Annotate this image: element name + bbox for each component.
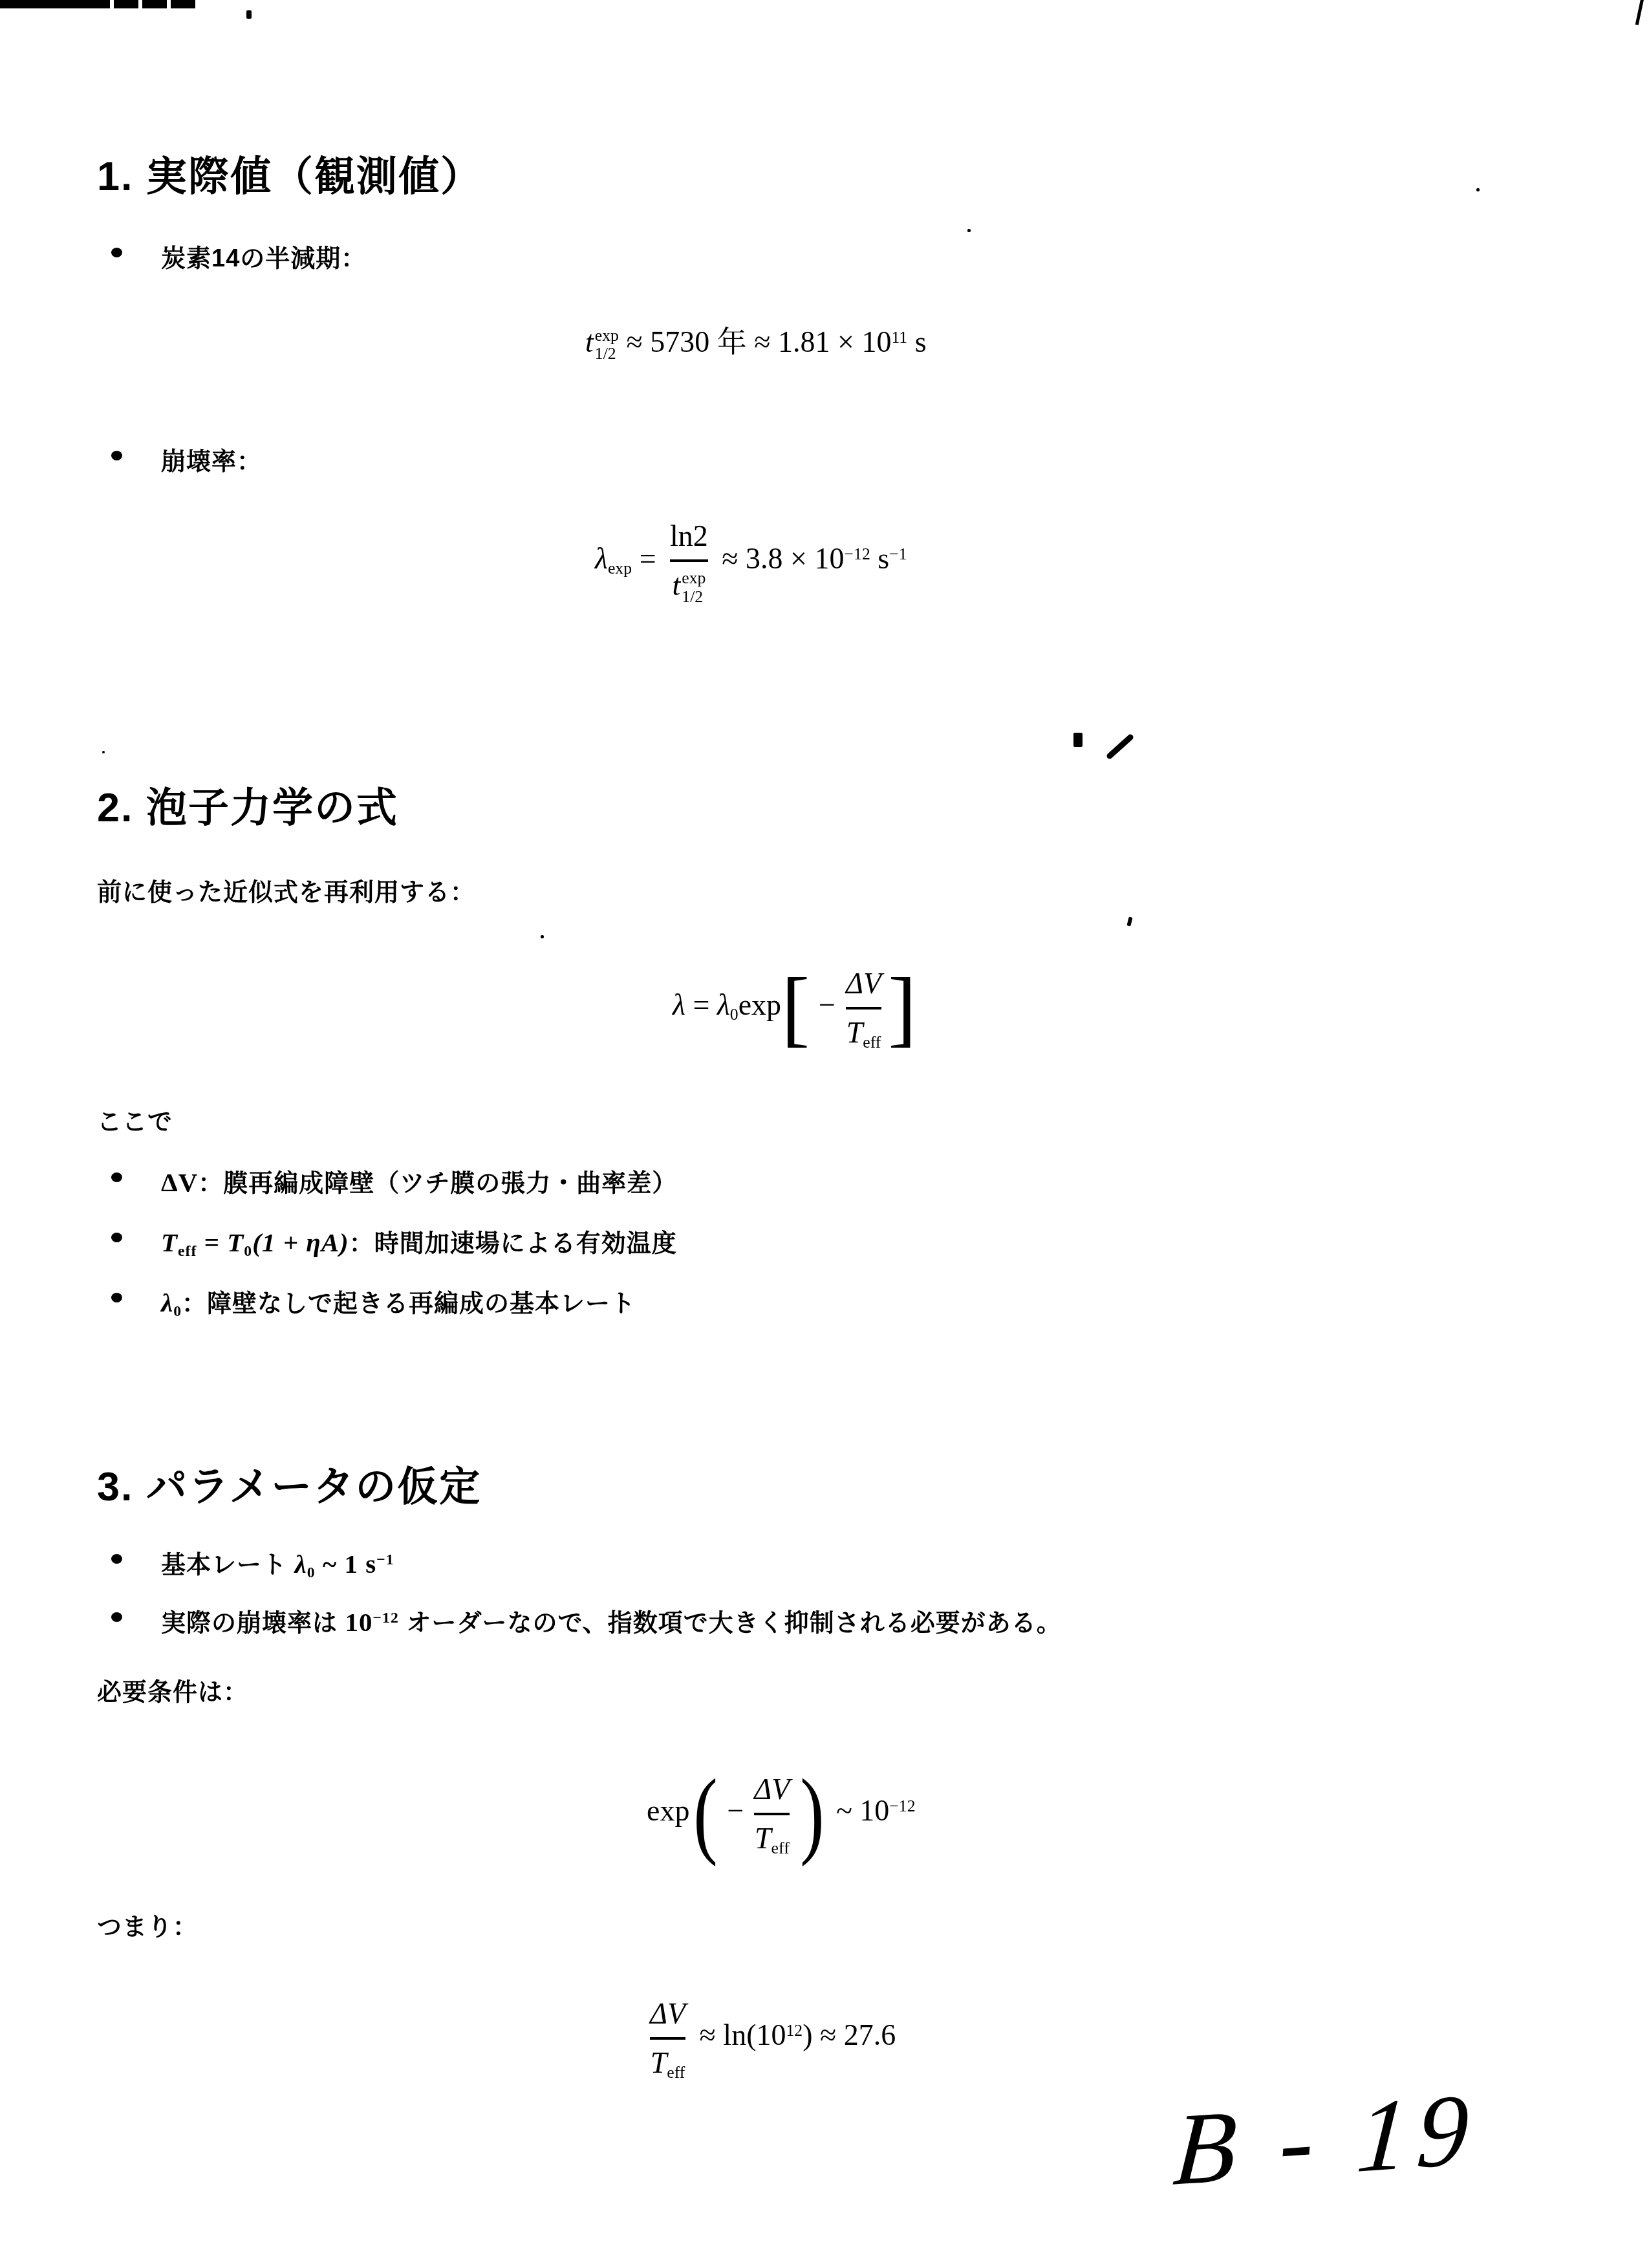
- decay-value: ≈ 3.8 × 10: [715, 542, 845, 575]
- scan-artifact-top-bar-solid: [0, 0, 97, 8]
- bullet-content: 実際の崩壊率は 10−12 オーダーなので、指数項で大きく抑制される必要がある。: [161, 1603, 1062, 1638]
- bullet-icon: [111, 1554, 122, 1564]
- unit-seconds: s: [907, 325, 926, 358]
- scan-artifact-speck: [246, 10, 252, 19]
- power-minus12: −12: [373, 1610, 399, 1626]
- bullet-label-decay: 崩壊率：: [161, 441, 262, 477]
- exp-function: exp: [647, 1794, 689, 1827]
- equals-sign: =: [197, 1227, 227, 1257]
- t-subscript: 1/2: [682, 588, 703, 607]
- t-supsub: exp1/2: [595, 327, 619, 364]
- bullet-item-suppression: 実際の崩壊率は 10−12 オーダーなので、指数項で大きく抑制される必要がある。: [111, 1603, 1062, 1638]
- result-value: ) ≈ 27.6: [803, 2018, 896, 2051]
- t-supsub: exp1/2: [682, 569, 706, 607]
- condition-label: 必要条件は：: [97, 1672, 248, 1707]
- power-12: 12: [786, 2021, 803, 2040]
- fraction: ΔV Teff: [754, 1771, 790, 1857]
- bullet-text-tail: オーダーなので、指数項で大きく抑制される必要がある。: [399, 1610, 1062, 1637]
- bullet-item-deltaV: ΔV：膜再編成障壁（ツチ膜の張力・曲率差）: [111, 1163, 677, 1198]
- scan-artifact-speck: [1476, 188, 1480, 191]
- fraction: ΔV Teff: [846, 965, 881, 1051]
- var-t: t: [585, 325, 594, 358]
- bullet-item-decay: 崩壊率：: [111, 441, 262, 477]
- numerator-deltaV: ΔV: [650, 1995, 685, 2033]
- scan-artifact-speck: [102, 751, 105, 753]
- bullet-icon: [111, 248, 122, 257]
- T-subscript-eff: eff: [178, 1243, 197, 1260]
- denominator: texp1/2: [672, 567, 706, 607]
- lambda0-subscript: 0: [730, 1005, 738, 1024]
- fraction: ln2 texp1/2: [670, 517, 708, 607]
- bullet-text: ：障壁なしで起きる再編成の基本レート: [182, 1290, 636, 1317]
- power-minus12: −12: [845, 545, 870, 563]
- base-10: 10: [345, 1607, 373, 1637]
- var-T0: T: [227, 1227, 244, 1257]
- halflife-value: ≈ 5730 年 ≈ 1.81 × 10: [619, 325, 891, 358]
- section2-heading: 2. 泡子力学の式: [97, 775, 398, 834]
- order-of-magnitude: 10−12: [345, 1607, 399, 1637]
- section3-heading: 3. パラメータの仮定: [97, 1454, 481, 1513]
- power-11: 11: [891, 328, 907, 347]
- var-T: T: [755, 1822, 771, 1855]
- power-minus1: −1: [376, 1551, 394, 1568]
- t-superscript: exp: [682, 569, 706, 588]
- lambda-subscript-0: 0: [173, 1303, 182, 1320]
- ln-expression: ≈ ln(10: [692, 2018, 786, 2051]
- bullet-item-base-rate: 基本レート λ0 ~ 1 s−1: [111, 1544, 394, 1582]
- var-lambda: λ: [161, 1288, 173, 1317]
- eta-A-term: (1 + ηA): [252, 1227, 349, 1257]
- conclusion-label: つまり：: [97, 1906, 198, 1942]
- T-subscript: eff: [863, 1032, 881, 1051]
- bullet-content: λ0：障壁なしで起きる再編成の基本レート: [161, 1283, 636, 1321]
- numerator-deltaV: ΔV: [846, 965, 881, 1002]
- scan-artifact-corner-tick: [1635, 0, 1644, 25]
- denominator: Teff: [846, 1014, 881, 1052]
- bullet-content: Teff = T0(1 + ηA)：時間加速場による有効温度: [161, 1223, 677, 1260]
- formula-decay-rate: λexp = ln2 texp1/2 ≈ 3.8 × 10−12 s−1: [595, 517, 907, 607]
- equals-sign: =: [632, 542, 663, 575]
- var-lambda0: λ: [717, 988, 730, 1021]
- scanned-document-page: 1. 実際値（観測値） 炭素14の半減期： texp1/2 ≈ 5730 年 ≈…: [0, 0, 1649, 2268]
- section1-heading: 1. 実際値（観測値）: [97, 144, 482, 202]
- fraction-bar: [754, 1813, 790, 1815]
- bullet-text: 基本レート: [161, 1551, 295, 1579]
- formula-halflife: texp1/2 ≈ 5730 年 ≈ 1.81 × 1011 s: [585, 323, 927, 363]
- left-bracket: [: [781, 971, 810, 1044]
- fraction-bar: [846, 1007, 881, 1010]
- var-t: t: [672, 568, 680, 601]
- bullet-icon: [111, 1612, 122, 1622]
- unit-power-minus1: −1: [889, 545, 907, 563]
- scan-artifact-speck: [541, 935, 544, 938]
- t-subscript: 1/2: [595, 345, 616, 363]
- bullet-item-teff: Teff = T0(1 + ηA)：時間加速場による有効温度: [111, 1223, 677, 1260]
- right-paren: ): [801, 1773, 824, 1855]
- power-minus12: −12: [889, 1797, 915, 1815]
- bullet-item-lambda0: λ0：障壁なしで起きる再編成の基本レート: [111, 1283, 636, 1321]
- bullet-text: ：膜再編成障壁（ツチ膜の張力・曲率差）: [198, 1170, 677, 1197]
- var-T: T: [846, 1016, 863, 1049]
- tilde-value: ~ 10: [828, 1794, 889, 1827]
- var-deltaV: ΔV: [161, 1167, 198, 1197]
- bullet-content: ΔV：膜再編成障壁（ツチ膜の張力・曲率差）: [161, 1163, 677, 1198]
- scan-artifact-pen-slash: [1106, 733, 1135, 760]
- where-label: ここで: [97, 1101, 173, 1137]
- var-lambda: λ: [673, 988, 685, 1021]
- var-lambda: λ: [295, 1549, 307, 1579]
- fraction-bar: [670, 559, 708, 562]
- bullet-text-pre: 実際の崩壊率は: [161, 1610, 345, 1637]
- scan-artifact-speck: [1126, 916, 1132, 926]
- var-T: T: [161, 1227, 178, 1257]
- equals-sign: =: [685, 988, 717, 1021]
- bullet-icon: [111, 1172, 122, 1182]
- fraction: ΔV Teff: [650, 1995, 685, 2081]
- formula-condition: exp(− ΔV Teff ) ~ 10−12: [647, 1771, 916, 1857]
- numerator-ln2: ln2: [670, 517, 708, 555]
- lambda-subscript-0: 0: [307, 1564, 316, 1581]
- bullet-text: ：時間加速場による有効温度: [349, 1230, 677, 1257]
- right-bracket: ]: [888, 971, 916, 1044]
- t-superscript: exp: [595, 327, 619, 345]
- bullet-content: 基本レート λ0 ~ 1 s−1: [161, 1544, 394, 1582]
- scan-artifact-speck: [967, 229, 971, 232]
- fraction-bar: [650, 2037, 685, 2040]
- T-subscript: eff: [771, 1838, 790, 1857]
- minus-sign: −: [727, 1794, 744, 1827]
- T-subscript-0: 0: [244, 1243, 252, 1260]
- bullet-icon: [111, 451, 122, 460]
- unit-seconds: s: [870, 542, 889, 575]
- bullet-icon: [111, 1293, 122, 1302]
- bullet-item-halflife: 炭素14の半減期：: [111, 238, 366, 274]
- handwritten-page-label: B - 19: [1170, 2070, 1482, 2210]
- formula-rate-model: λ = λ0exp[− ΔV Teff ]: [673, 965, 916, 1051]
- left-paren: (: [694, 1773, 718, 1855]
- exp-function: exp: [738, 988, 781, 1021]
- scan-artifact-ink-blob: [1073, 733, 1083, 747]
- rate-value: ~ 1 s: [316, 1549, 377, 1579]
- numerator-deltaV: ΔV: [754, 1771, 790, 1808]
- teff-definition: Teff = T0(1 + ηA): [161, 1227, 349, 1257]
- bullet-label-halflife: 炭素14の半減期：: [161, 238, 366, 274]
- denominator: Teff: [651, 2044, 685, 2082]
- var-T: T: [651, 2046, 667, 2079]
- denominator: Teff: [755, 1820, 790, 1857]
- base-rate-math: λ0 ~ 1 s−1: [295, 1549, 394, 1579]
- formula-conclusion: ΔV Teff ≈ ln(1012) ≈ 27.6: [650, 1995, 896, 2081]
- bullet-icon: [111, 1233, 122, 1242]
- minus-sign: −: [819, 988, 835, 1021]
- lambda0-symbol: λ0: [161, 1288, 182, 1317]
- lambda-subscript: exp: [608, 559, 632, 578]
- var-lambda: λ: [595, 542, 608, 575]
- T-subscript: eff: [667, 2062, 685, 2081]
- section2-intro: 前に使った近似式を再利用する：: [97, 872, 475, 907]
